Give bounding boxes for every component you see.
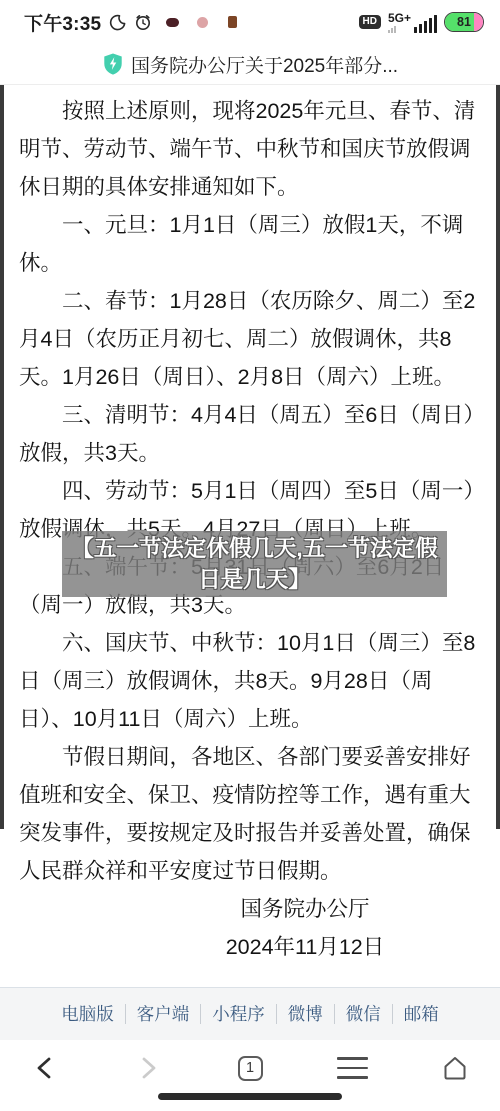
footer-link-client-app[interactable]: 客户端 (125, 1004, 201, 1024)
signal-bars-icon (414, 15, 437, 33)
hamburger-menu-icon (337, 1057, 368, 1079)
site-footer: 电脑版 客户端 小程序 微博 微信 邮箱 (0, 987, 500, 1040)
battery-percent: 81 (445, 13, 483, 31)
document-right-edge (496, 85, 500, 829)
shield-security-icon (102, 52, 124, 76)
browser-nav-bar: 1 (0, 1040, 500, 1111)
home-button[interactable] (438, 1051, 472, 1085)
sim2-signal-icon (388, 26, 396, 33)
browser-title-bar: 国务院办公厅关于2025年部分... (0, 44, 500, 85)
status-bar-left: 下午3:35 (24, 9, 237, 36)
notification-app-icon (228, 16, 237, 28)
forward-button[interactable] (131, 1051, 165, 1085)
signature-issuer: 国务院办公厅 (19, 890, 481, 928)
holiday-notice-article: 按照上述原则，现将2025年元旦、春节、清明节、劳动节、端午节、中秋节和国庆节放… (0, 85, 500, 966)
hd-badge: HD (359, 15, 381, 29)
article-paragraph: 六、国庆节、中秋节：10月1日（周三）至8日（周三）放假调休，共8天。9月28日… (19, 624, 481, 738)
footer-link-weibo[interactable]: 微博 (276, 1004, 334, 1024)
article-paragraph: 一、元旦：1月1日（周三）放假1天，不调休。 (19, 206, 481, 282)
battery-icon: 81 (444, 12, 484, 32)
signal-icon: 5G+ (388, 12, 437, 33)
footer-link-mini-program[interactable]: 小程序 (200, 1004, 276, 1024)
article-paragraph: 二、春节：1月28日（农历除夕、周二）至2月4日（农历正月初七、周二）放假调休，… (19, 282, 481, 396)
back-button[interactable] (28, 1051, 62, 1085)
clock-time: 下午3:35 (24, 9, 101, 36)
caption-watermark-text: 【五一节法定休假几天,五一节法定假日是几天】 (68, 533, 441, 595)
phone-screen: 下午3:35 HD 5G+ (0, 0, 500, 1111)
footer-link-wechat[interactable]: 微信 (334, 1004, 392, 1024)
status-bar: 下午3:35 HD 5G+ (0, 0, 500, 44)
notification-app-icon (197, 17, 208, 28)
article-paragraph: 按照上述原则，现将2025年元旦、春节、清明节、劳动节、端午节、中秋节和国庆节放… (19, 92, 481, 206)
footer-link-pc-version[interactable]: 电脑版 (50, 1004, 125, 1024)
home-indicator-bar[interactable] (158, 1093, 342, 1100)
notification-app-icon (166, 18, 179, 27)
network-type-label: 5G+ (388, 12, 411, 24)
article-paragraph: 节假日期间，各地区、各部门要妥善安排好值班和安全、保卫、疫情防控等工作，遇有重大… (19, 738, 481, 890)
caption-watermark-overlay: 【五一节法定休假几天,五一节法定假日是几天】 (62, 531, 447, 597)
footer-link-mail[interactable]: 邮箱 (392, 1004, 450, 1024)
menu-button[interactable] (336, 1051, 370, 1085)
alarm-clock-icon (134, 13, 152, 31)
page-content: 按照上述原则，现将2025年元旦、春节、清明节、劳动节、端午节、中秋节和国庆节放… (0, 85, 500, 987)
status-bar-right: HD 5G+ 81 (359, 12, 484, 33)
page-title: 国务院办公厅关于2025年部分... (131, 51, 398, 78)
moon-dnd-icon (109, 14, 126, 31)
article-paragraph: 三、清明节：4月4日（周五）至6日（周日）放假，共3天。 (19, 396, 481, 472)
tab-count: 1 (238, 1056, 263, 1081)
tabs-button[interactable]: 1 (233, 1051, 267, 1085)
document-left-edge (0, 85, 4, 829)
signature-date: 2024年11月12日 (19, 928, 481, 966)
